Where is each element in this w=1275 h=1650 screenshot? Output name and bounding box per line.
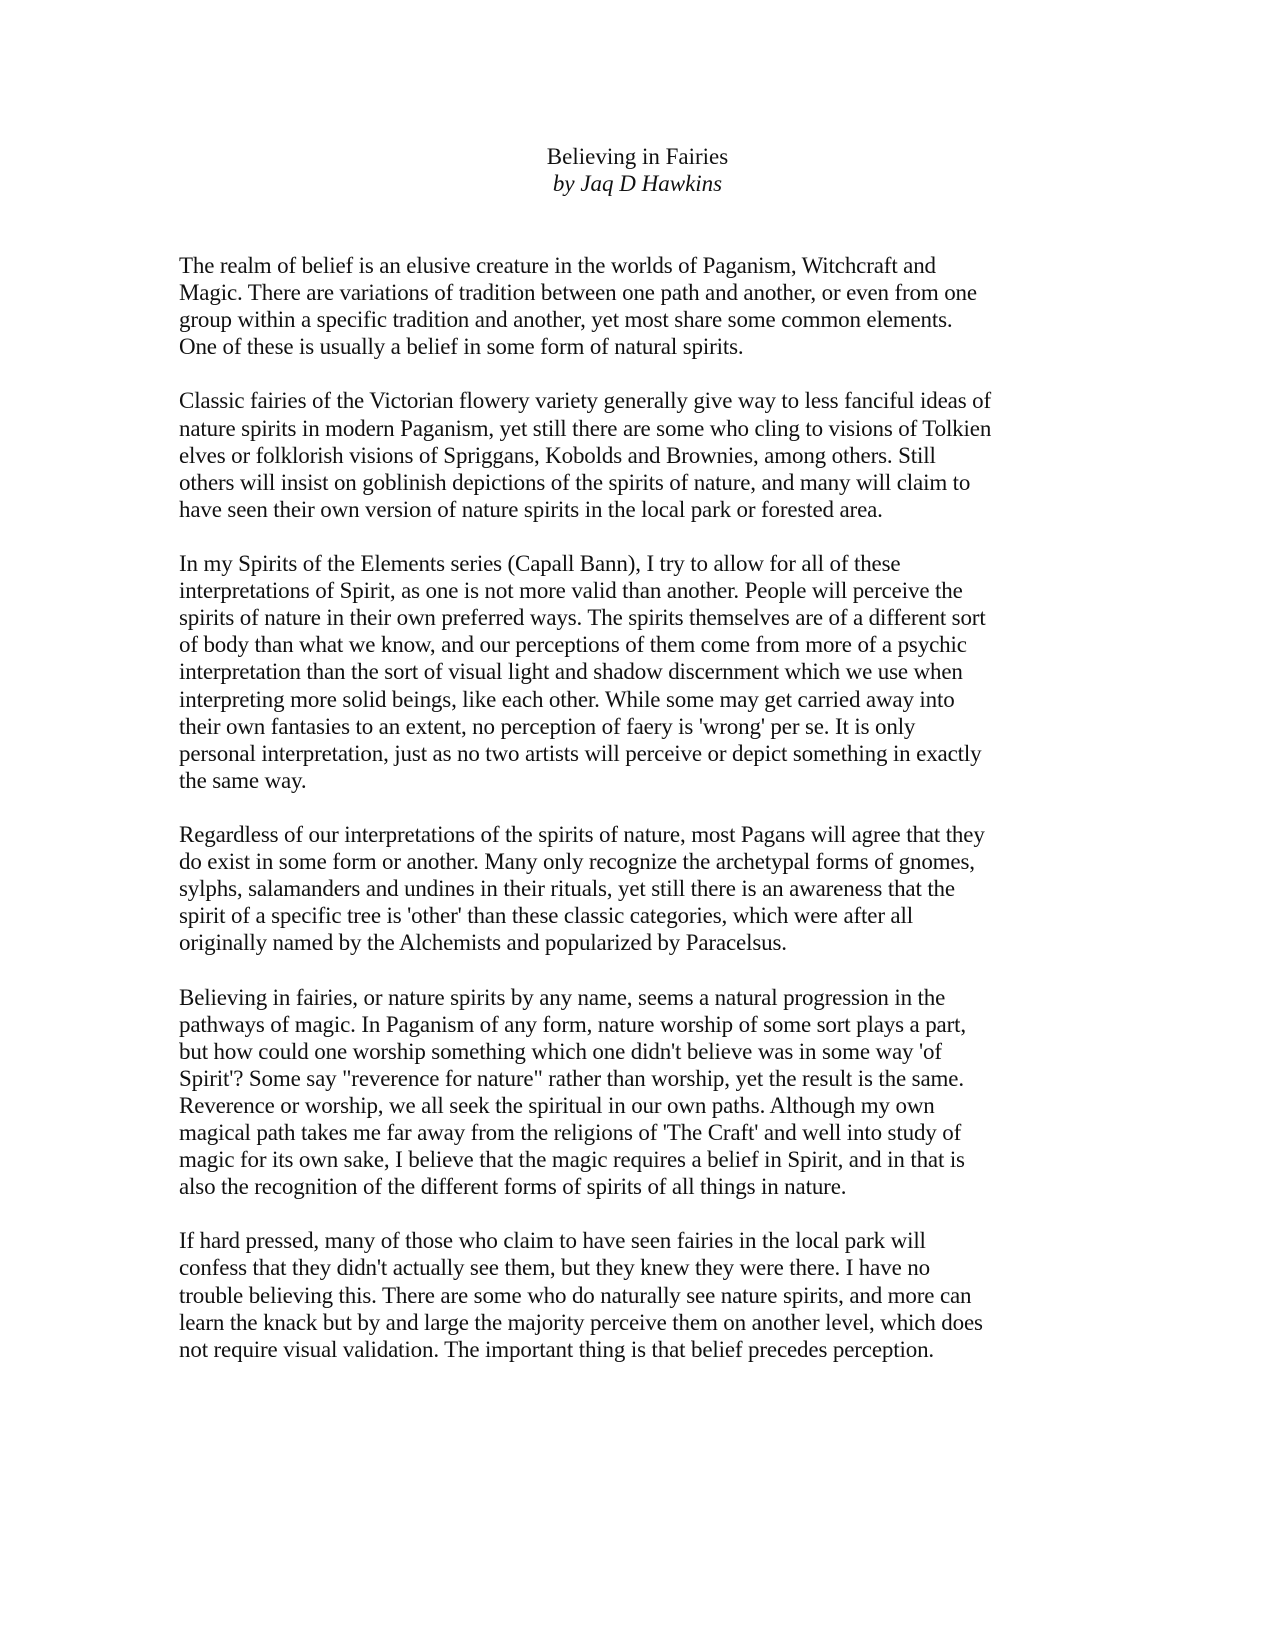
text-line: One of these is usually a belief in some… [179,333,1079,360]
text-line: but how could one worship something whic… [179,1038,1079,1065]
text-line: of body than what we know, and our perce… [179,631,1079,658]
text-line: trouble believing this. There are some w… [179,1282,1079,1309]
paragraph-4: Regardless of our interpretations of the… [179,821,1079,956]
text-line: sylphs, salamanders and undines in their… [179,875,1079,902]
title-block: Believing in Fairies by Jaq D Hawkins [0,143,1275,197]
paragraph-2: Classic fairies of the Victorian flowery… [179,387,1079,522]
text-line: spirit of a specific tree is 'other' tha… [179,902,1079,929]
text-line: not require visual validation. The impor… [179,1336,1079,1363]
text-line: elves or folklorish visions of Spriggans… [179,442,1079,469]
text-line: interpretation than the sort of visual l… [179,658,1079,685]
text-line: magic for its own sake, I believe that t… [179,1146,1079,1173]
text-line: Regardless of our interpretations of the… [179,821,1079,848]
text-line: their own fantasies to an extent, no per… [179,713,1079,740]
text-line: Classic fairies of the Victorian flowery… [179,387,1079,414]
text-line: interpreting more solid beings, like eac… [179,686,1079,713]
paragraph-3: In my Spirits of the Elements series (Ca… [179,550,1079,794]
text-line: Spirit'? Some say "reverence for nature"… [179,1065,1079,1092]
text-line: nature spirits in modern Paganism, yet s… [179,415,1079,442]
text-line: Believing in fairies, or nature spirits … [179,984,1079,1011]
text-line: pathways of magic. In Paganism of any fo… [179,1011,1079,1038]
text-line: have seen their own version of nature sp… [179,496,1079,523]
text-line: confess that they didn't actually see th… [179,1254,1079,1281]
text-line: personal interpretation, just as no two … [179,740,1079,767]
text-line: originally named by the Alchemists and p… [179,929,1079,956]
paragraph-5: Believing in fairies, or nature spirits … [179,984,1079,1201]
text-line: The realm of belief is an elusive creatu… [179,252,1079,279]
document-author: by Jaq D Hawkins [0,170,1275,197]
text-line: In my Spirits of the Elements series (Ca… [179,550,1079,577]
text-line: the same way. [179,767,1079,794]
text-line: also the recognition of the different fo… [179,1173,1079,1200]
text-line: do exist in some form or another. Many o… [179,848,1079,875]
text-line: learn the knack but by and large the maj… [179,1309,1079,1336]
text-line: Reverence or worship, we all seek the sp… [179,1092,1079,1119]
text-line: others will insist on goblinish depictio… [179,469,1079,496]
paragraph-6: If hard pressed, many of those who claim… [179,1227,1079,1362]
text-line: magical path takes me far away from the … [179,1119,1079,1146]
paragraph-1: The realm of belief is an elusive creatu… [179,252,1079,360]
document-body: The realm of belief is an elusive creatu… [179,252,1079,1390]
text-line: If hard pressed, many of those who claim… [179,1227,1079,1254]
text-line: interpretations of Spirit, as one is not… [179,577,1079,604]
text-line: group within a specific tradition and an… [179,306,1079,333]
document-page: Believing in Fairies by Jaq D Hawkins Th… [0,0,1275,1650]
document-title: Believing in Fairies [0,143,1275,170]
text-line: Magic. There are variations of tradition… [179,279,1079,306]
text-line: spirits of nature in their own preferred… [179,604,1079,631]
